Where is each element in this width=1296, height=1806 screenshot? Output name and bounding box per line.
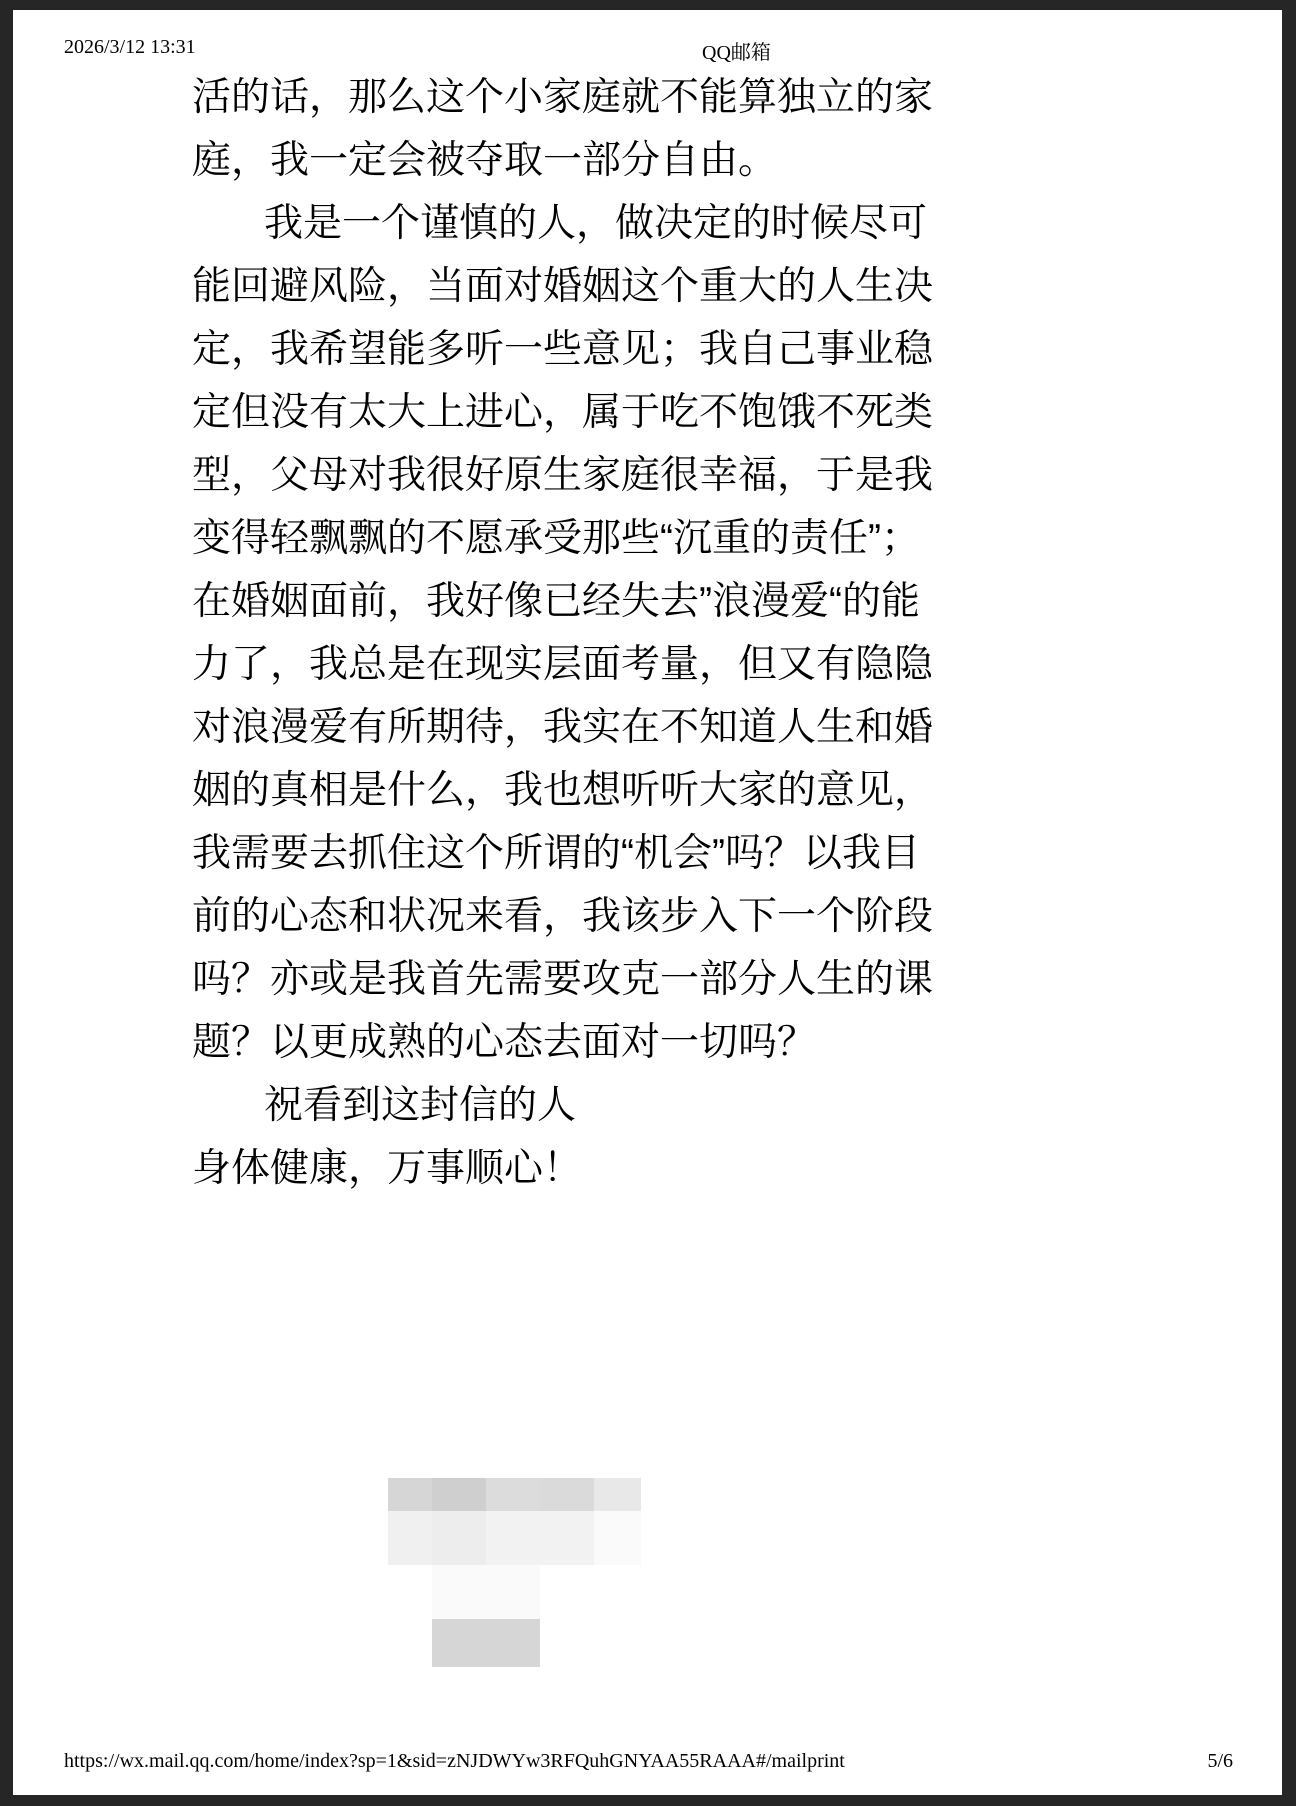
- letter-line: 活的话，那么这个小家庭就不能算独立的家: [192, 66, 962, 129]
- letter-line: 力了，我总是在现实层面考量，但又有隐隐: [192, 633, 962, 696]
- redaction-mosaic-cell: [388, 1511, 432, 1565]
- redaction-mosaic-cell: [594, 1478, 641, 1511]
- letter-line: 祝看到这封信的人: [192, 1074, 962, 1137]
- print-header-datetime: 2026/3/12 13:31: [64, 36, 196, 59]
- letter-line: 吗？亦或是我首先需要攻克一部分人生的课: [192, 948, 962, 1011]
- letter-line: 我需要去抓住这个所谓的“机会”吗？以我目: [192, 822, 962, 885]
- redaction-mosaic-cell: [432, 1511, 486, 1565]
- letter-line: 庭，我一定会被夺取一部分自由。: [192, 129, 962, 192]
- letter-line: 定但没有太大上进心，属于吃不饱饿不死类: [192, 381, 962, 444]
- print-header-app-title: QQ邮箱: [702, 36, 771, 65]
- letter-body: 活的话，那么这个小家庭就不能算独立的家庭，我一定会被夺取一部分自由。我是一个谨慎…: [192, 66, 962, 1200]
- letter-line: 定，我希望能多听一些意见；我自己事业稳: [192, 318, 962, 381]
- redaction-mosaic-cell: [540, 1478, 594, 1511]
- letter-line: 能回避风险，当面对婚姻这个重大的人生决: [192, 255, 962, 318]
- redaction-mosaic-cell: [594, 1511, 641, 1565]
- redaction-mosaic-cell: [432, 1619, 540, 1667]
- print-footer-page-indicator: 5/6: [1207, 1750, 1233, 1773]
- redaction-mosaic-cell: [486, 1478, 540, 1511]
- letter-line: 对浪漫爱有所期待，我实在不知道人生和婚: [192, 696, 962, 759]
- print-preview-viewport: 2026/3/12 13:31 QQ邮箱 活的话，那么这个小家庭就不能算独立的家…: [0, 0, 1296, 1806]
- redaction-mosaic-cell: [540, 1511, 594, 1565]
- redaction-mosaic-cell: [432, 1478, 486, 1511]
- letter-line: 题？以更成熟的心态去面对一切吗？: [192, 1011, 962, 1074]
- print-footer-url: https://wx.mail.qq.com/home/index?sp=1&s…: [64, 1750, 845, 1773]
- printed-page: 2026/3/12 13:31 QQ邮箱 活的话，那么这个小家庭就不能算独立的家…: [13, 10, 1282, 1795]
- redaction-mosaic-cell: [388, 1478, 432, 1511]
- letter-line: 我是一个谨慎的人，做决定的时候尽可: [192, 192, 962, 255]
- letter-line: 身体健康，万事顺心！: [192, 1137, 962, 1200]
- letter-line: 姻的真相是什么，我也想听听大家的意见，: [192, 759, 962, 822]
- letter-line: 变得轻飘飘的不愿承受那些“沉重的责任”；: [192, 507, 962, 570]
- redaction-mosaic-cell: [432, 1565, 540, 1619]
- letter-line: 型，父母对我很好原生家庭很幸福，于是我: [192, 444, 962, 507]
- letter-line: 在婚姻面前，我好像已经失去”浪漫爱“的能: [192, 570, 962, 633]
- redaction-mosaic-cell: [486, 1511, 540, 1565]
- letter-line: 前的心态和状况来看，我该步入下一个阶段: [192, 885, 962, 948]
